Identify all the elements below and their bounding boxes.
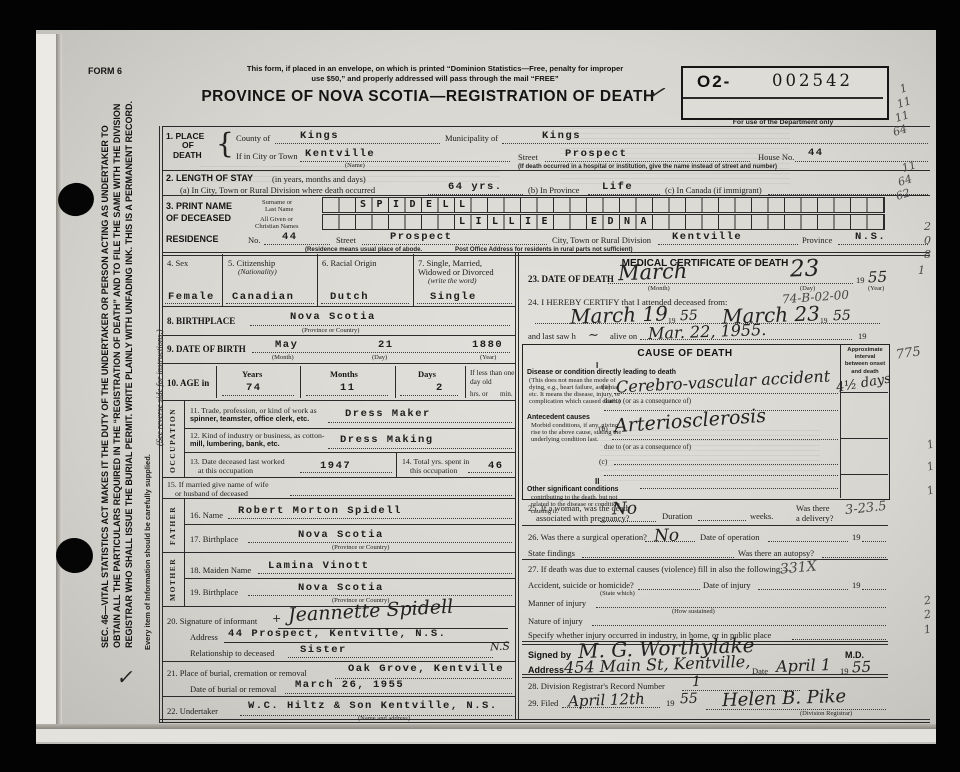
dotted-line	[706, 708, 886, 710]
age-less-label: If less than one day old	[470, 369, 518, 387]
cause-header: CAUSE OF DEATH	[540, 348, 830, 359]
item2-label: 2. LENGTH OF STAY	[166, 173, 253, 183]
last-saw-squiggle: ~	[588, 328, 599, 343]
external-causes-label: 27. If death was due to external causes …	[528, 564, 791, 574]
rule	[162, 696, 516, 697]
industry-value: Dress Making	[340, 434, 434, 446]
dotted-line	[698, 519, 746, 521]
dotted-line	[300, 160, 510, 162]
stay-c-label: (c) In Canada (if immigrant)	[665, 185, 762, 195]
death-month-caption: (Month)	[648, 285, 670, 292]
other-conditions-1: contributing to the death, but not	[531, 494, 617, 501]
death-date-year: 55	[868, 268, 888, 287]
dotted-line	[614, 392, 838, 394]
other-conditions-label: Other significant conditions	[527, 486, 619, 493]
dotted-line	[658, 243, 798, 245]
age-days-value: 2	[436, 382, 444, 394]
dotted-line	[838, 243, 928, 245]
antecedent-3: underlying condition last.	[531, 436, 599, 443]
cell-divider	[395, 366, 396, 398]
signed-date-value: April 1	[776, 655, 832, 676]
dotted-line	[417, 302, 512, 304]
margin-code: 0	[924, 234, 931, 247]
group-divider	[184, 400, 185, 477]
rule	[184, 524, 516, 525]
city-caption: (Name)	[345, 162, 365, 169]
dotted-line	[604, 474, 838, 476]
burial-date-value: March 26, 1955	[295, 679, 404, 691]
state-which-caption: (State which)	[600, 590, 635, 597]
street-label: Street	[518, 152, 538, 162]
father-birthplace-caption: (Province or Country)	[332, 544, 389, 551]
informant-address-value: 44 Prospect, Kentville, N.S.	[228, 628, 446, 640]
dotted-line	[640, 338, 852, 340]
rule	[162, 195, 930, 196]
interval-rule	[840, 474, 888, 475]
dotted-line	[545, 160, 750, 162]
filed-year-printed: 19	[666, 698, 675, 708]
dotted-line	[248, 541, 512, 543]
burial-place-value: Oak Grove, Kentville	[348, 663, 504, 675]
residence-city-label: City, Town or Rural Division	[552, 235, 651, 245]
item12-label2: mill, lumbering, bank, etc.	[190, 439, 280, 448]
surname-value: SPIDELL	[327, 199, 476, 210]
margin-checkmark: ✓	[116, 665, 134, 690]
dotted-line	[638, 588, 700, 590]
page-stack-seam-left	[56, 34, 62, 740]
father-group-label: FATHER	[168, 501, 177, 549]
injury-date-label: Date of injury	[703, 580, 751, 590]
rule	[162, 363, 516, 364]
dotted-line	[306, 394, 388, 396]
page-stack-edge-left	[36, 34, 56, 740]
mother-birthplace-value: Nova Scotia	[298, 582, 384, 594]
age-months-label: Months	[330, 369, 358, 379]
dotted-line	[228, 517, 512, 519]
scanned-death-registration: SEC. 46—VITAL STATISTICS ACT MAKES IT TH…	[0, 0, 960, 772]
cause-b-prefix: (b)	[599, 424, 608, 433]
rule	[224, 642, 508, 643]
item13-label1: 13. Date deceased last worked	[190, 457, 285, 466]
dotted-line	[768, 540, 848, 542]
dotted-line	[258, 572, 512, 574]
rule	[522, 559, 888, 560]
dob-year: 1880	[472, 339, 503, 351]
filed-year-value: 55	[680, 691, 698, 708]
delivery-label2: a delivery?	[796, 513, 834, 523]
municipality-value: Kings	[542, 130, 581, 142]
dotted-line	[275, 142, 440, 144]
dotted-line	[614, 463, 838, 465]
delivery-label1: Was there	[796, 503, 830, 513]
interval-rule	[840, 438, 888, 439]
rule	[162, 661, 516, 662]
how-sustained-caption: (How sustained)	[672, 608, 715, 615]
dotted-line	[362, 243, 547, 245]
municipality-label: Municipality of	[445, 133, 498, 143]
last-saw-year-printed: 19	[858, 331, 867, 341]
residence-no-label: No.	[248, 235, 261, 245]
operation-year-printed: 19	[852, 532, 861, 542]
sex-label: 4. Sex	[167, 258, 188, 268]
accident-label: Accident, suicide or homicide?	[528, 580, 634, 590]
dotted-line	[640, 487, 838, 489]
age-hrs-label: hrs. or	[470, 390, 488, 398]
rule	[162, 400, 516, 401]
cause-roman-2: II	[595, 477, 599, 486]
operation-date-label: Date of operation	[700, 532, 759, 542]
age-years-value: 74	[246, 382, 262, 394]
item15-label2: or husband of deceased	[175, 489, 248, 498]
mail-note-line1: This form, if placed in an envelope, on …	[195, 64, 675, 73]
manner-label: Manner of injury	[528, 598, 586, 608]
mother-birthplace-label: 19. Birthplace	[190, 587, 238, 597]
last-saw-label1: and last saw h	[528, 331, 576, 341]
dotted-line	[596, 606, 886, 608]
column-divider	[515, 252, 519, 719]
dotted-line	[862, 588, 886, 590]
cell-divider	[465, 366, 466, 398]
page-stack-edge-bottom	[36, 729, 936, 742]
relationship-value: Sister	[300, 644, 347, 656]
item15-label1: 15. If married give name of wife	[167, 480, 269, 489]
stay-a-label: (a) In City, Town or Rural Division wher…	[180, 185, 375, 195]
relationship-label: Relationship to deceased	[190, 648, 275, 658]
birthplace-value: Nova Scotia	[290, 311, 376, 323]
stay-a-value: 64 yrs.	[448, 181, 503, 193]
marital-sub: (write the word)	[428, 276, 476, 285]
rule	[522, 525, 888, 526]
relationship-note: N.S	[490, 640, 510, 654]
surname-sublabel2: Last Name	[265, 206, 293, 213]
birthplace-caption: (Province or Country)	[302, 327, 359, 334]
stay-b-value: Life	[602, 181, 633, 193]
street-value: Prospect	[565, 148, 627, 160]
rule	[162, 170, 930, 171]
margin-code: 1	[918, 264, 925, 277]
item11-label2: spinner, teamster, office clerk, etc.	[190, 414, 309, 423]
item1-label-of: OF	[182, 140, 194, 150]
residence-street-label: Street	[336, 235, 356, 245]
autopsy-label: Was there an autopsy?	[738, 548, 814, 558]
operation-value: No	[654, 526, 680, 547]
undertaker-caption: (Name and address)	[358, 715, 410, 722]
dotted-line	[792, 638, 886, 640]
father-name-value: Robert Morton Spidell	[238, 505, 402, 517]
informant-mark: +	[272, 612, 282, 625]
dotted-line	[222, 394, 294, 396]
occupation-group-label: OCCUPATION	[168, 403, 177, 477]
filed-label: 29. Filed	[528, 698, 558, 708]
occupation-value: Dress Maker	[345, 408, 431, 420]
dob-label: 9. DATE OF BIRTH	[167, 344, 246, 354]
cell-divider	[222, 254, 223, 306]
item13-label2: at this occupation	[198, 466, 253, 475]
dotted-line	[822, 556, 886, 558]
city-label: If in City or Town	[236, 151, 298, 161]
cause-c-prefix: (c)	[599, 457, 607, 466]
burial-date-label: Date of burial or removal	[190, 684, 276, 694]
given-sublabel2: Christian Names	[255, 223, 299, 230]
dotted-line	[592, 624, 886, 626]
death-year-caption: (Year)	[868, 285, 884, 292]
dotted-line	[226, 302, 314, 304]
rule	[162, 477, 516, 478]
age-days-label: Days	[418, 369, 436, 379]
form-number: FORM 6	[88, 66, 122, 76]
residence-street-value: Prospect	[390, 231, 452, 243]
dob-month-caption: (Month)	[272, 354, 294, 361]
item1-label-death: DEATH	[173, 150, 202, 160]
residence-label: RESIDENCE	[166, 234, 219, 244]
rule	[162, 552, 516, 553]
death-date-month: March	[618, 259, 688, 285]
item14-label1: 14. Total yrs. spent in	[402, 457, 469, 466]
dotted-line	[252, 351, 510, 353]
racial-origin-label: 6. Racial Origin	[322, 258, 377, 268]
dept-only-note: For use of the Department only	[681, 119, 885, 126]
father-name-label: 16. Name	[190, 510, 223, 520]
item2-sub: (in years, months and days)	[272, 174, 366, 184]
due-to-2: due to (or as a consequence of)	[604, 443, 691, 451]
cell-divider	[300, 366, 301, 398]
medical-certificate-header: MEDICAL CERTIFICATE OF DEATH	[530, 258, 880, 269]
age-months-value: 11	[340, 382, 356, 394]
dotted-line	[328, 447, 512, 449]
item3-label2: OF DECEASED	[166, 213, 231, 223]
mother-name-label: 18. Maiden Name	[190, 565, 251, 575]
item3-label1: 3. PRINT NAME	[166, 201, 232, 211]
cell-divider	[216, 366, 217, 398]
given-sublabel1: All Given or	[260, 216, 293, 223]
age-years-label: Years	[242, 369, 262, 379]
rule	[184, 452, 516, 453]
interval-header: Approximate interval between onset and d…	[843, 347, 887, 376]
death-date-day: 23	[790, 255, 820, 282]
item14-label2: this occupation	[410, 466, 457, 475]
pregnancy-value: No	[612, 499, 638, 520]
dotted-line	[288, 656, 493, 658]
group-divider	[184, 498, 185, 552]
dob-year-caption: (Year)	[480, 354, 496, 361]
father-birthplace-value: Nova Scotia	[298, 529, 384, 541]
serial-number: 002542	[772, 71, 853, 90]
rule	[162, 306, 516, 307]
city-value: Kentville	[305, 148, 375, 160]
age-min-label: min.	[500, 390, 513, 398]
section-divider	[522, 674, 888, 678]
rule	[162, 498, 516, 499]
house-value: 44	[808, 147, 824, 159]
due-to-1: due to (or as a consequence of)	[604, 397, 691, 405]
form-top-rule	[162, 126, 930, 127]
dob-month: May	[275, 339, 298, 351]
age-label: 10. AGE in	[167, 378, 209, 388]
cell-divider	[317, 254, 318, 306]
birthplace-label: 8. BIRTHPLACE	[167, 316, 235, 326]
every-item-note: Every item of Information should be care…	[143, 388, 152, 650]
group-divider	[184, 552, 185, 606]
house-label: House No.	[758, 152, 794, 162]
informant-label: 20. Signature of informant	[167, 616, 257, 626]
last-saw-label2: alive on	[610, 331, 637, 341]
years-occupation-value: 46	[488, 460, 504, 472]
record-number-value: 1	[692, 674, 701, 690]
serial-prefix: O2-	[697, 72, 731, 92]
last-worked-value: 1947	[320, 460, 351, 472]
mother-name-value: Lamina Vinott	[268, 560, 369, 572]
antecedent-label: Antecedent causes	[527, 414, 590, 421]
dotted-line	[285, 692, 512, 694]
surname-sublabel1: Surname or	[262, 199, 292, 206]
citizenship-sub: (Nationality)	[238, 267, 277, 276]
duration-label: Duration	[662, 511, 692, 521]
dotted-line	[264, 243, 330, 245]
injury-year-printed: 19	[852, 580, 861, 590]
rule	[184, 428, 516, 429]
street-caption: (If death occurred in a hospital or inst…	[518, 163, 777, 170]
dotted-line	[290, 494, 512, 496]
form-bottom-border	[159, 719, 930, 723]
father-birthplace-label: 17. Birthplace	[190, 534, 238, 544]
serial-box-divider	[683, 97, 883, 99]
cell-divider	[396, 452, 397, 477]
death-year-printed: 19	[856, 275, 865, 285]
residence-city-value: Kentville	[672, 231, 742, 243]
dotted-line	[321, 302, 409, 304]
margin-code-331x: 331X	[779, 558, 817, 577]
operation-label: 26. Was there a surgical operation?	[528, 532, 647, 542]
county-label: County of	[236, 133, 270, 143]
death-date-label: 23. DATE OF DEATH	[528, 274, 614, 284]
county-value: Kings	[300, 130, 339, 142]
dotted-line	[758, 588, 848, 590]
filed-date-value: April 12th	[568, 690, 645, 711]
informant-address-label: Address	[190, 632, 218, 642]
dotted-line	[248, 594, 512, 596]
cell-divider	[413, 254, 414, 306]
mother-group-label: MOTHER	[168, 555, 177, 603]
dotted-line	[502, 142, 928, 144]
given-name-value: LILLIE EDNA	[327, 216, 657, 227]
rule	[162, 335, 516, 336]
weeks-label: weeks.	[750, 511, 773, 521]
dotted-line	[862, 540, 886, 542]
page-title: PROVINCE OF NOVA SCOTIA—REGISTRATION OF …	[168, 88, 688, 106]
dob-day: 21	[378, 339, 394, 351]
mail-note-line2: use $50,” and properly addressed will pa…	[195, 74, 675, 83]
undertaker-value: W.C. Hiltz & Son Kentville, N.S.	[248, 700, 498, 712]
residence-no-value: 44	[282, 231, 298, 243]
nature-label: Nature of injury	[528, 616, 583, 626]
undertaker-label: 22. Undertaker	[167, 706, 218, 716]
dob-day-caption: (Day)	[372, 354, 387, 361]
residence-province-label: Province	[802, 235, 832, 245]
findings-label: State findings	[528, 548, 575, 558]
form-left-border	[159, 126, 163, 722]
dotted-line	[612, 438, 838, 440]
dotted-line	[400, 394, 458, 396]
rule	[184, 578, 516, 579]
margin-code: 2	[924, 220, 931, 233]
dotted-line	[328, 421, 512, 423]
dotted-line	[165, 302, 220, 304]
margin-code: 8	[924, 248, 931, 261]
stay-b-label: (b) In Province	[528, 185, 579, 195]
cause-a-prefix: (a)	[602, 382, 610, 391]
dotted-line	[582, 556, 734, 558]
dotted-line	[600, 520, 656, 522]
residence-province-value: N.S.	[855, 231, 886, 243]
burial-place-label: 21. Place of burial, cremation or remova…	[167, 668, 307, 678]
division-registrar-caption: (Division Registrar)	[800, 710, 852, 717]
dotted-line	[250, 324, 510, 326]
interval-rule	[840, 392, 888, 393]
